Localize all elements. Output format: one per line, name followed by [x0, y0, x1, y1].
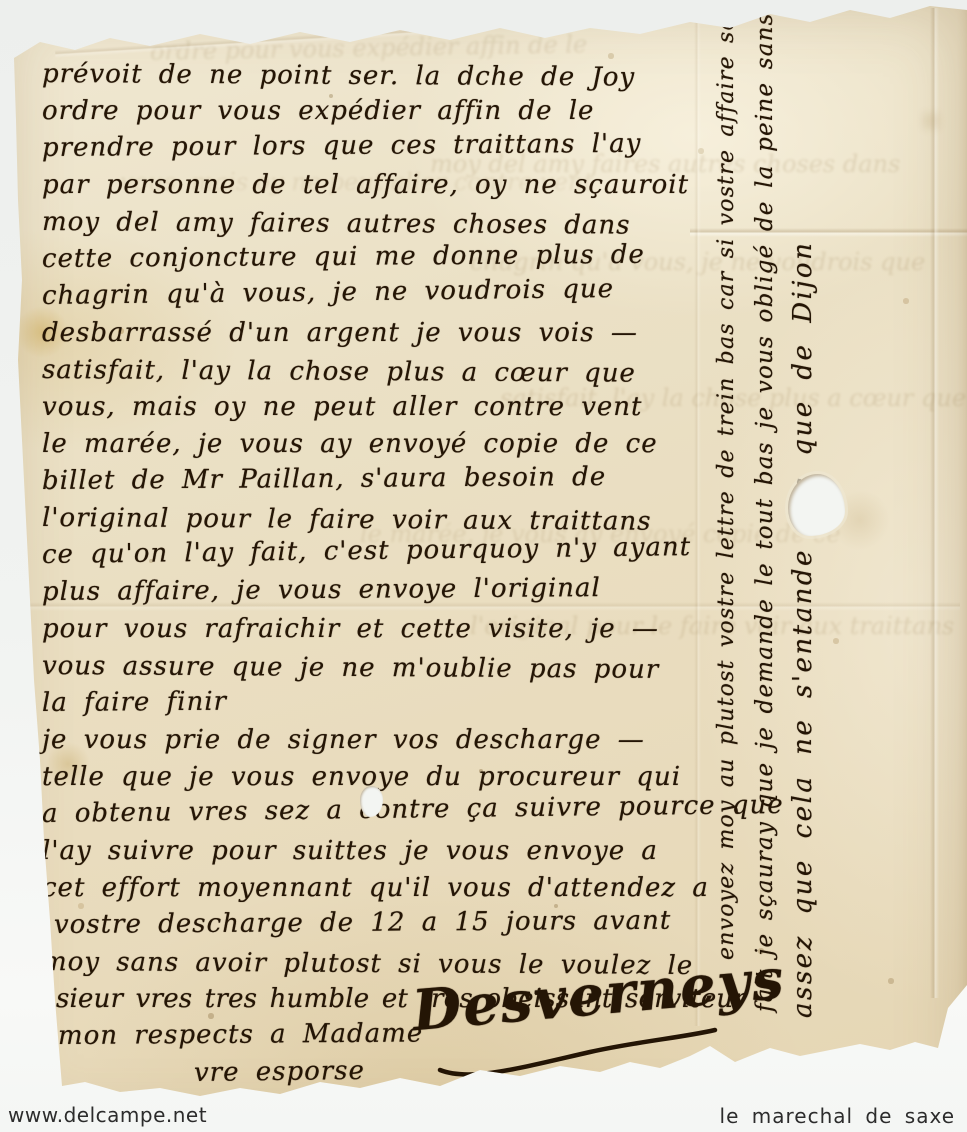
manuscript-line: satisfait, l'ay la chose plus a cœur que — [42, 352, 742, 393]
manuscript-line: ce qu'on l'ay fait, c'est pourquoy n'y a… — [42, 528, 742, 574]
fold-crease — [930, 8, 939, 998]
manuscript-line: le marée, je vous ay envoyé copie de ce — [42, 426, 742, 463]
manuscript-line: chagrin qu'à vous, je ne voudrois que — [42, 269, 742, 315]
manuscript-line: je vous prie de signer vos descharge — — [42, 722, 742, 759]
manuscript-line: prévoit de ne point ser. la dche de Joy — [42, 56, 742, 97]
manuscript-line: la faire finir — [42, 680, 742, 722]
manuscript-body: prévoit de ne point ser. la dche de Joy … — [42, 56, 742, 1092]
manuscript-line: billet de Mr Paillan, s'aura besoin de — [42, 458, 742, 500]
manuscript-line: l'ay suivre pour suittes je vous envoye … — [42, 833, 742, 870]
manuscript-line: plus affaire, je vous envoye l'original — [42, 569, 742, 611]
letter-paper: ordre pour vous expédier affin de le moy… — [0, 0, 967, 1132]
watermark-marechal-de-saxe: le marechal de saxe — [720, 1104, 955, 1128]
manuscript-line: ordre pour vous expédier affin de le — [42, 93, 742, 130]
manuscript-line: vous, mais oy ne peut aller contre vent — [42, 389, 742, 426]
fold-crease — [55, 26, 455, 58]
margin-line: envoyez moy au plutost vostre lettre de … — [708, 8, 746, 1018]
manuscript-line: par personne de tel affaire, oy ne sçaur… — [42, 167, 742, 204]
ink-specks — [0, 0, 2, 2]
paper-hole — [788, 474, 845, 536]
manuscript-line: desbarrassé d'un argent je vous vois — — [42, 315, 742, 352]
manuscript-line: a obtenu vres sez a contre ça suivre pou… — [42, 787, 742, 833]
margin-line: fait je sçauray que je demande le tout b… — [746, 8, 784, 1018]
scanned-letter-page: { "letter": { "lines": [ "prévoit de ne … — [0, 0, 967, 1132]
manuscript-line: cet effort moyennant qu'il vous d'attend… — [42, 870, 742, 907]
manuscript-line: pour vous rafraichir et cette visite, je… — [42, 611, 742, 648]
watermark-delcampe: www.delcampe.net — [8, 1103, 207, 1127]
manuscript-line: vostre descharge de 12 a 15 jours avant — [54, 902, 742, 944]
manuscript-line: vre esporse — [194, 1048, 742, 1092]
manuscript-line: prendre pour lors que ces traittans l'ay — [42, 125, 742, 167]
